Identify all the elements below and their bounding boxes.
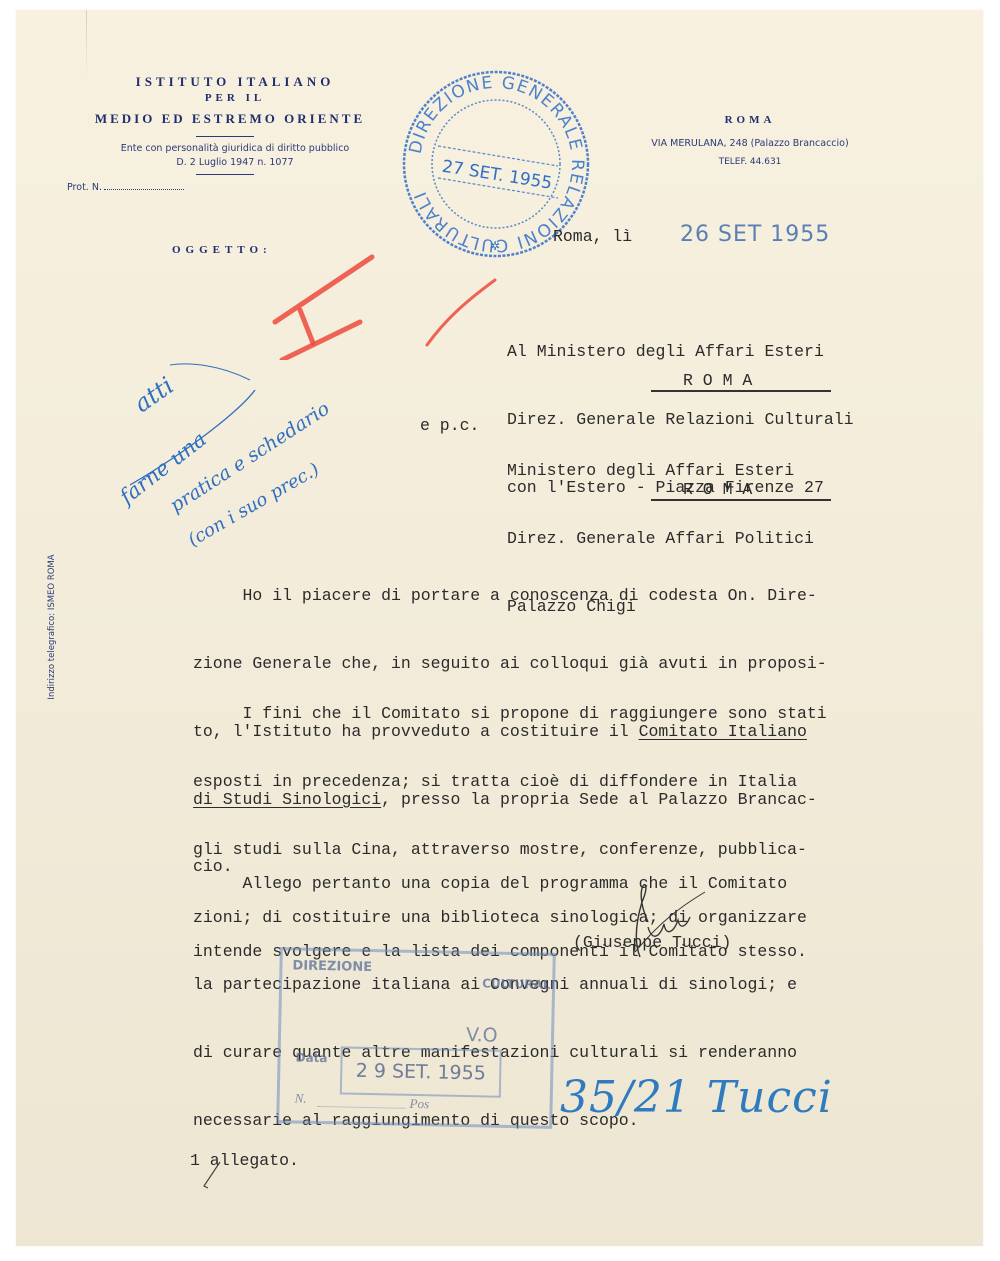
protocol-blank-line xyxy=(104,189,184,190)
red-pencil-mark-icon xyxy=(220,240,500,360)
recipient-line: Ministero degli Affari Esteri xyxy=(507,460,814,483)
letterhead-address: VIA MERULANA, 248 (Palazzo Brancaccio) xyxy=(630,138,870,149)
protocol-label: Prot. N. xyxy=(67,182,102,193)
org-name-line1: ISTITUTO ITALIANO xyxy=(60,74,410,90)
typed-signatory-name: (Giuseppe Tucci) xyxy=(573,932,731,955)
letterhead-phone: TELEF. 44.631 xyxy=(630,157,870,167)
paper-fold-crease xyxy=(86,10,87,80)
stamp-position-label: Pos xyxy=(409,1096,429,1112)
body-line: Ho il piacere di portare a conoscenza di… xyxy=(193,585,827,608)
telegraphic-address: Indirizzo telegrafico: ISMEO ROMA xyxy=(47,547,57,707)
letterhead-rule-top xyxy=(196,136,254,137)
stamp-date-box: 2 9 SET. 1955 xyxy=(340,1046,502,1097)
recipient-city-underline xyxy=(651,390,831,392)
signature-text: Tucci xyxy=(600,872,603,873)
body-line: esposti in precedenza; si tratta cioè di… xyxy=(193,771,827,794)
recipient-line: Al Ministero degli Affari Esteri xyxy=(507,341,854,364)
body-line: I fini che il Comitato si propone di rag… xyxy=(193,703,827,726)
stamp-number-label: N. xyxy=(295,1090,307,1106)
recipient-cc-city-underline xyxy=(651,499,831,501)
letterhead-rule-bottom xyxy=(196,174,254,175)
decree-line: D. 2 Luglio 1947 n. 1077 xyxy=(60,157,410,168)
stamp-date: 27 SET. 1955 xyxy=(441,157,554,194)
stamp-vo-text: V.O xyxy=(466,1024,498,1047)
rectangular-registry-stamp: DIREZIONE CULTURALI V.O Data 2 9 SET. 19… xyxy=(276,947,556,1129)
legal-status-line: Ente con personalità giuridica di diritt… xyxy=(60,143,410,154)
pencil-tick-mark-icon xyxy=(200,1160,224,1190)
dateline-date-stamp: 26 SET 1955 xyxy=(680,222,830,247)
stamp-direzione-text: DIREZIONE xyxy=(292,958,372,975)
dateline-place: Roma, lì xyxy=(553,226,632,249)
stamp-date-label: Data xyxy=(295,1050,327,1065)
org-name-line2: PER IL xyxy=(60,92,410,104)
org-name-line3: MEDIO ED ESTREMO ORIENTE xyxy=(55,111,405,127)
cc-label: e p.c. xyxy=(420,415,479,438)
stamp-culturali-text: CULTURALI xyxy=(482,976,555,992)
letterhead-city: ROMA xyxy=(650,114,850,126)
registry-number-annotation: 35/21 Tucci xyxy=(560,1072,833,1123)
stamp-number-blank xyxy=(318,1106,406,1109)
protocol-field: Prot. N. xyxy=(67,182,184,193)
